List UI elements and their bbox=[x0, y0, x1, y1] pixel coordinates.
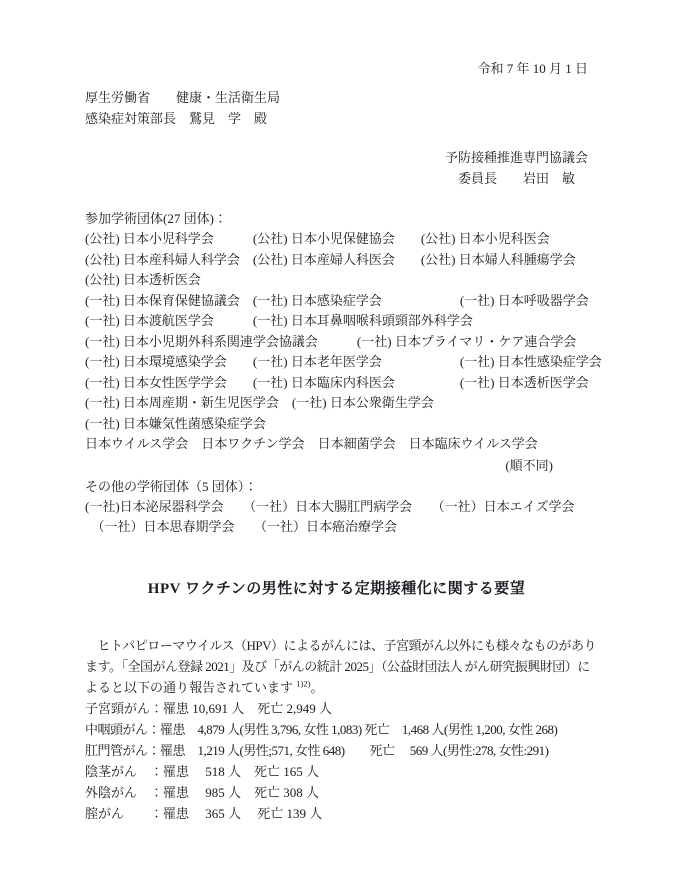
reference-superscript: 1)2) bbox=[296, 678, 310, 688]
sender-block: 予防接種推進専門協議会 委員長 岩田 敏 bbox=[85, 147, 588, 189]
participant-line: (一社) 日本小児期外科系関連学会協議会 (一社) 日本プライマリ・ケア連合学会 bbox=[85, 332, 588, 353]
stat-line: 外陰がん ：罹患 985 人 死亡 308 人 bbox=[85, 782, 588, 803]
stat-line: 肛門管がん：罹患 1,219 人(男性;571, 女性 648) 死亡 569 … bbox=[85, 740, 588, 761]
intro-paragraph: ヒトパピローマウイルス（HPV）によるがんには、子宮頸がん以外にも様々なものがあ… bbox=[85, 635, 588, 698]
participant-line: (一社) 日本保育保健協議会 (一社) 日本感染症学会 (一社) 日本呼吸器学会 bbox=[85, 291, 588, 312]
others-list: (一社)日本泌尿器科学会 （一社）日本大腸肛門病学会 （一社）日本エイズ学会 （… bbox=[85, 497, 588, 538]
sender-person-line: 委員長 岩田 敏 bbox=[85, 168, 588, 189]
stat-line: 陰茎がん ：罹患 518 人 死亡 165 人 bbox=[85, 761, 588, 782]
participant-line: (公社) 日本小児科学会 (公社) 日本小児保健協会 (公社) 日本小児科医会 bbox=[85, 229, 588, 250]
participant-line: (一社) 日本環境感染学会 (一社) 日本老年医学会 (一社) 日本性感染症学会 bbox=[85, 352, 588, 373]
participant-line: 日本ウイルス学会 日本ワクチン学会 日本細菌学会 日本臨床ウイルス学会 bbox=[85, 434, 588, 455]
document-page: 令和 7 年 10 月 1 日 厚生労働省 健康・生活衛生局 感染症対策部長 鷲… bbox=[0, 0, 673, 895]
paragraph-line-text: よると以下の通り報告されています bbox=[85, 680, 296, 695]
participants-heading: 参加学術団体(27 団体)： bbox=[85, 208, 588, 229]
paragraph-line-end: 。 bbox=[310, 680, 323, 695]
document-title: HPV ワクチンの男性に対する定期接種化に関する要望 bbox=[85, 578, 588, 600]
others-heading: その他の学術団体（5 団体）： bbox=[85, 476, 588, 497]
participant-line: (一社) 日本渡航医学会 (一社) 日本耳鼻咽喉科頭頸部外科学会 bbox=[85, 311, 588, 332]
participant-line: (一社) 日本周産期・新生児医学会 (一社) 日本公衆衛生学会 bbox=[85, 393, 588, 414]
participants-list: (公社) 日本小児科学会 (公社) 日本小児保健協会 (公社) 日本小児科医会 … bbox=[85, 229, 588, 455]
date-line: 令和 7 年 10 月 1 日 bbox=[85, 58, 588, 79]
sender-org-line: 予防接種推進専門協議会 bbox=[85, 147, 588, 168]
addressee-block: 厚生労働省 健康・生活衛生局 感染症対策部長 鷲見 学 殿 bbox=[85, 87, 588, 129]
order-note: (順不同) bbox=[85, 455, 588, 476]
paragraph-line: よると以下の通り報告されています 1)2)。 bbox=[85, 677, 588, 698]
paragraph-line: ます。「全国がん登録 2021」及び「がんの統計 2025」（公益財団法人 がん… bbox=[85, 656, 588, 677]
participant-line: (一社) 日本女性医学学会 (一社) 日本臨床内科医会 (一社) 日本透析医学会 bbox=[85, 373, 588, 394]
other-society-line: (一社)日本泌尿器科学会 （一社）日本大腸肛門病学会 （一社）日本エイズ学会 bbox=[85, 497, 588, 518]
participant-line: (公社) 日本産科婦人科学会 (公社) 日本産婦人科医会 (公社) 日本婦人科腫… bbox=[85, 250, 588, 271]
participant-line: (公社) 日本透析医会 bbox=[85, 270, 588, 291]
other-society-line: （一社）日本思春期学会 （一社）日本癌治療学会 bbox=[85, 517, 588, 538]
addressee-org-line: 厚生労働省 健康・生活衛生局 bbox=[85, 87, 588, 108]
stat-line: 中咽頭がん：罹患 4,879 人(男性 3,796, 女性 1,083) 死亡 … bbox=[85, 719, 588, 740]
paragraph-line: ヒトパピローマウイルス（HPV）によるがんには、子宮頸がん以外にも様々なものがあ… bbox=[85, 635, 588, 656]
stat-line: 腟がん ：罹患 365 人 死亡 139 人 bbox=[85, 803, 588, 824]
participant-line: (一社) 日本嫌気性菌感染症学会 bbox=[85, 414, 588, 435]
cancer-stats-list: 子宮頸がん：罹患 10,691 人 死亡 2,949 人 中咽頭がん：罹患 4,… bbox=[85, 698, 588, 824]
stat-line: 子宮頸がん：罹患 10,691 人 死亡 2,949 人 bbox=[85, 698, 588, 719]
addressee-person-line: 感染症対策部長 鷲見 学 殿 bbox=[85, 108, 588, 129]
